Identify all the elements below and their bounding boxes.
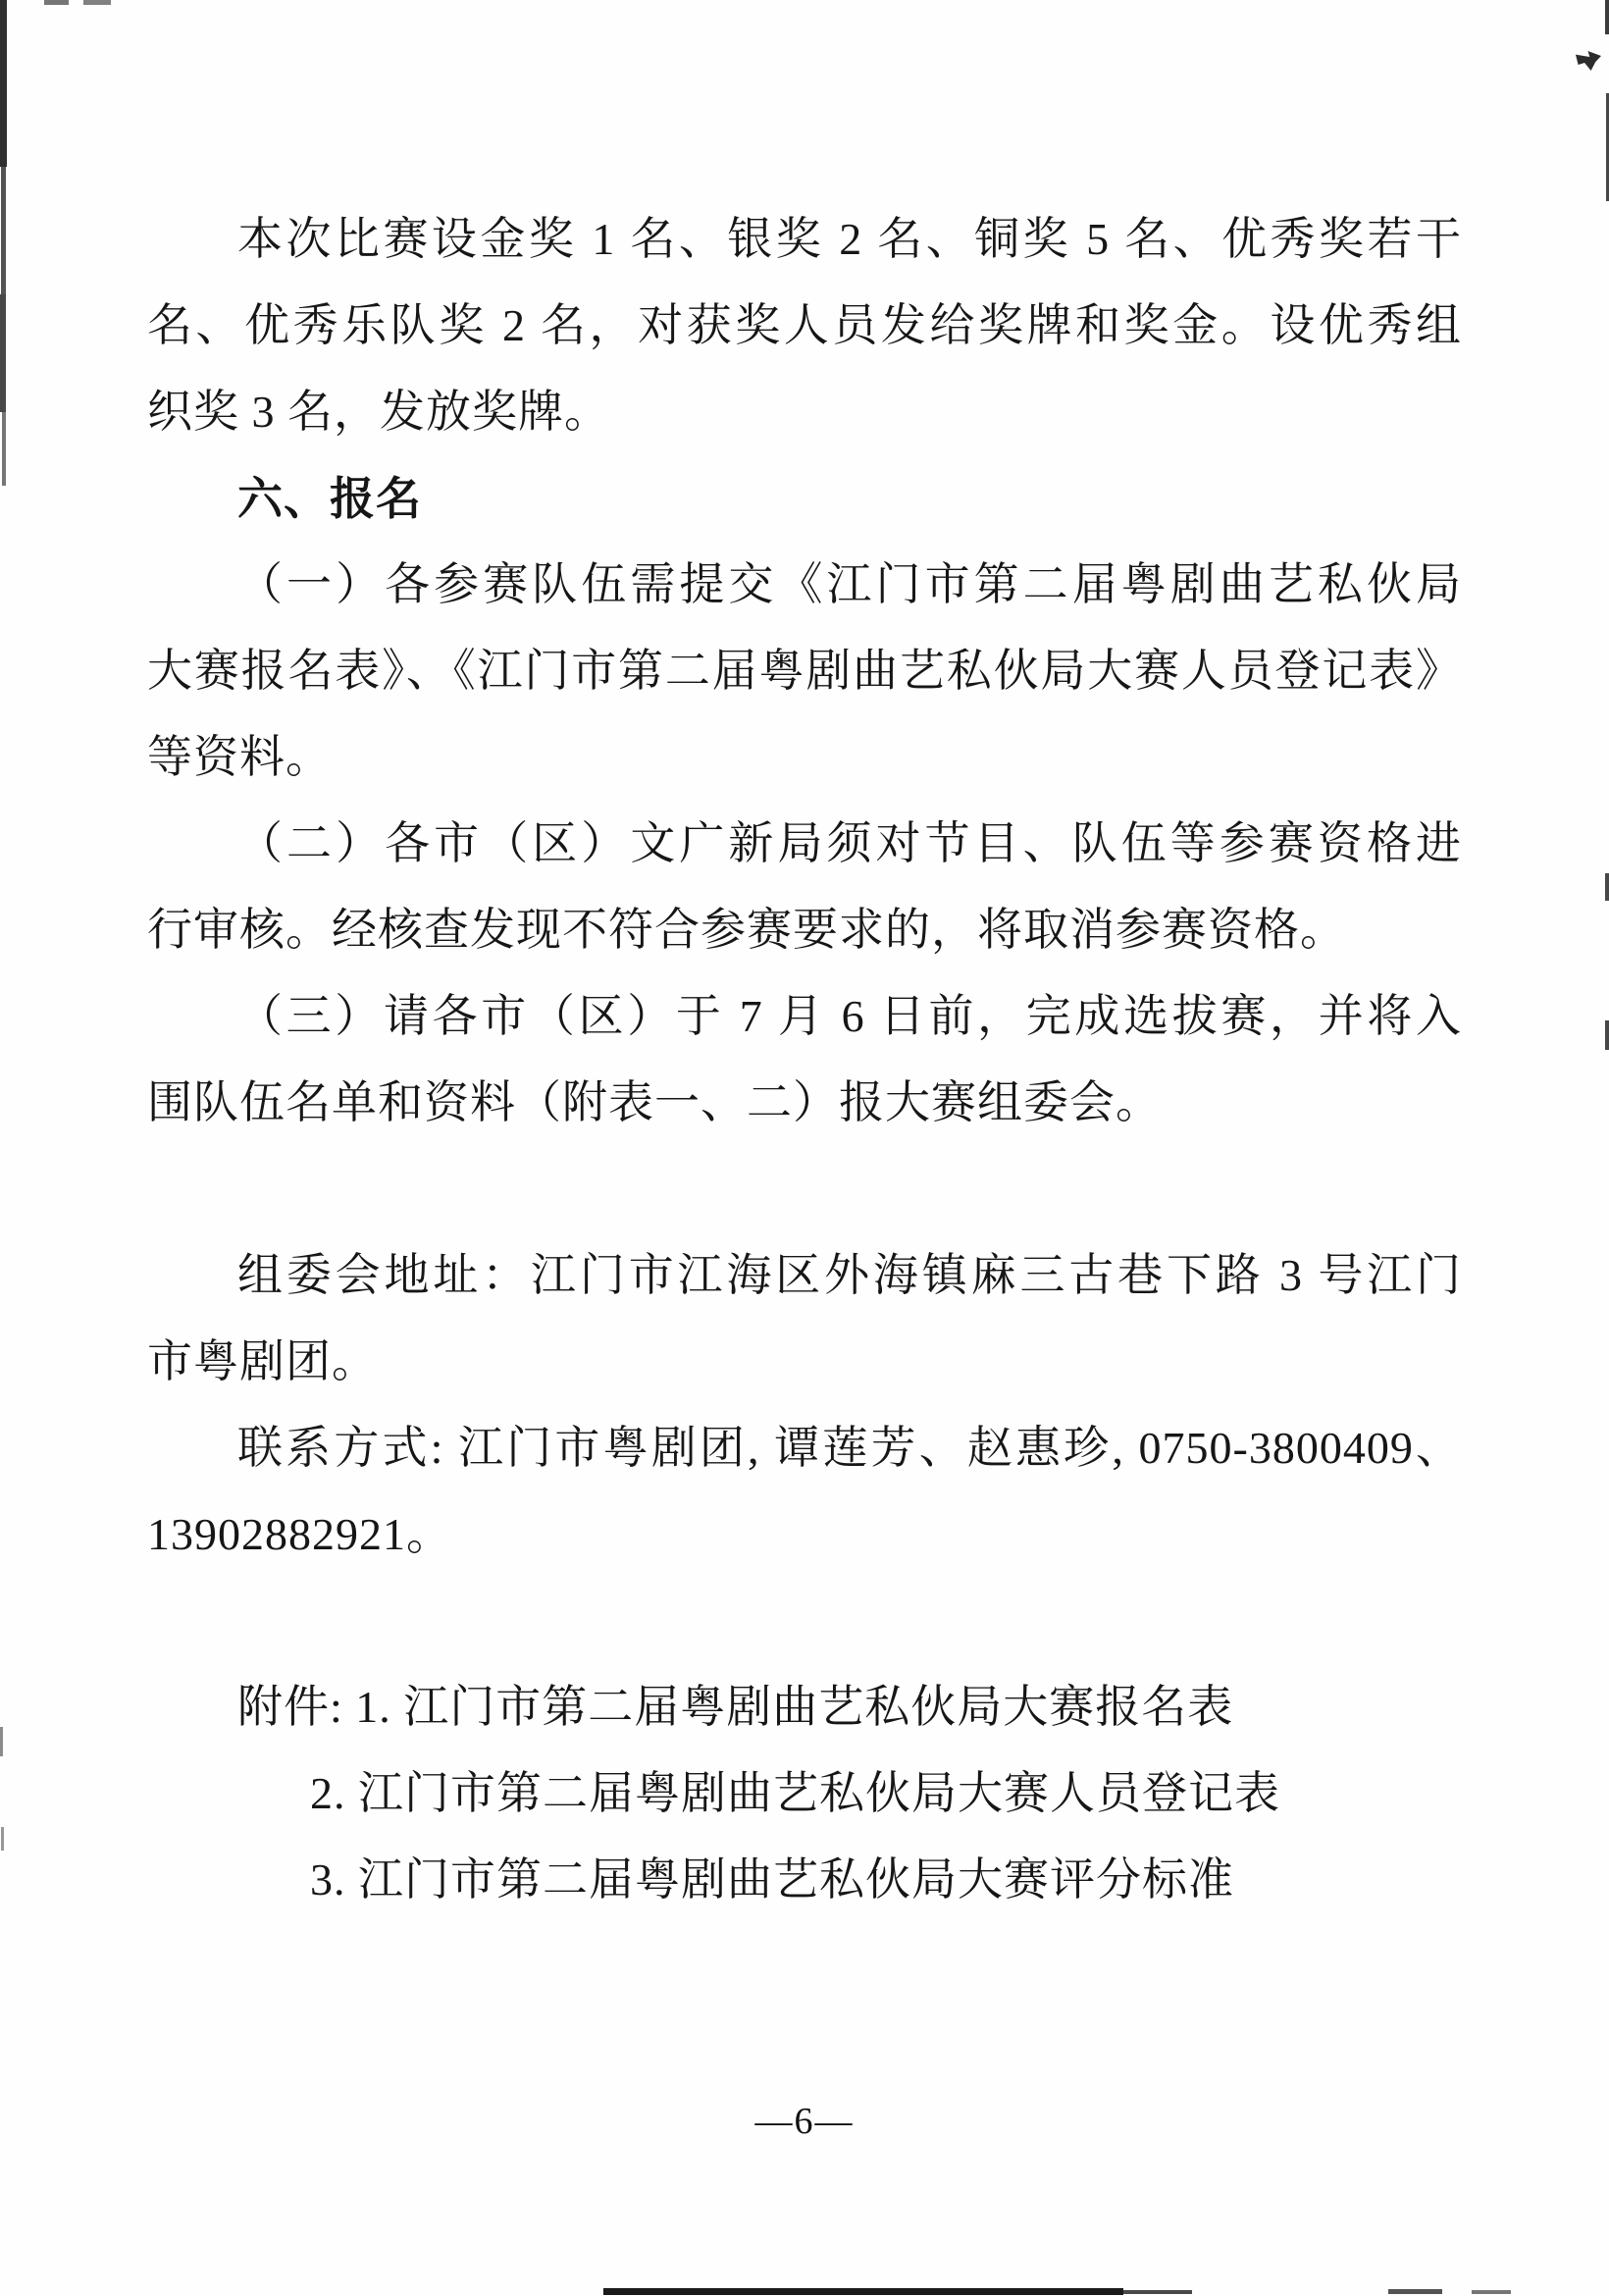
body-line: 围队伍名单和资料（附表一、二）报大赛组委会。 [147, 1060, 1462, 1146]
attachment-item: 附件: 1. 江门市第二届粤剧曲艺私伙局大赛报名表 [147, 1664, 1462, 1750]
body-line: 行审核。经核查发现不符合参赛要求的，将取消参赛资格。 [147, 887, 1462, 973]
scan-artifact-left-edge [0, 294, 6, 412]
scan-artifact-right-edge [1605, 0, 1609, 34]
body-line: （二）各市（区）文广新局须对节目、队伍等参赛资格进 [147, 801, 1462, 887]
body-line: 组委会地址：江门市江海区外海镇麻三古巷下路 3 号江门 [147, 1232, 1462, 1319]
paragraph-registration-2: （二）各市（区）文广新局须对节目、队伍等参赛资格进 行审核。经核查发现不符合参赛… [147, 801, 1462, 973]
scan-artifact-left-edge [1, 167, 6, 294]
scan-artifact-bottom-edge [603, 2288, 1123, 2295]
paragraph-address: 组委会地址：江门市江海区外海镇麻三古巷下路 3 号江门 市粤剧团。 [147, 1232, 1462, 1405]
scan-artifact-right-edge [1605, 1020, 1609, 1050]
page-number: —6— [0, 2100, 1609, 2143]
paragraph-contact: 联系方式: 江门市粤剧团, 谭莲芳、赵惠珍, 0750-3800409、 139… [147, 1405, 1462, 1578]
body-line: （三）请各市（区）于 7 月 6 日前，完成选拔赛，并将入 [147, 973, 1462, 1060]
body-line: 名、优秀乐队奖 2 名，对获奖人员发给奖牌和奖金。设优秀组 [147, 283, 1462, 369]
paragraph-registration-3: （三）请各市（区）于 7 月 6 日前，完成选拔赛，并将入 围队伍名单和资料（附… [147, 973, 1462, 1146]
body-line: 等资料。 [147, 714, 1462, 801]
scan-artifact-top-edge [83, 0, 111, 5]
attachment-item: 3. 江门市第二届粤剧曲艺私伙局大赛评分标准 [147, 1837, 1462, 1923]
scan-speck [1576, 51, 1601, 71]
document-page: 本次比赛设金奖 1 名、银奖 2 名、铜奖 5 名、优秀奖若干 名、优秀乐队奖 … [0, 0, 1609, 2296]
body-line: （一）各参赛队伍需提交《江门市第二届粤剧曲艺私伙局 [147, 542, 1462, 628]
paragraph-awards: 本次比赛设金奖 1 名、银奖 2 名、铜奖 5 名、优秀奖若干 名、优秀乐队奖 … [147, 196, 1462, 455]
body-line: 本次比赛设金奖 1 名、银奖 2 名、铜奖 5 名、优秀奖若干 [147, 196, 1462, 283]
body-line: 织奖 3 名，发放奖牌。 [147, 369, 1462, 455]
scan-artifact-left-edge [0, 1727, 3, 1756]
scan-artifact-bottom-edge [1472, 2290, 1511, 2294]
attachment-item: 2. 江门市第二届粤剧曲艺私伙局大赛人员登记表 [147, 1750, 1462, 1837]
document-body: 本次比赛设金奖 1 名、银奖 2 名、铜奖 5 名、优秀奖若干 名、优秀乐队奖 … [147, 196, 1462, 1923]
scan-artifact-right-edge [1605, 873, 1609, 901]
body-line: 13902882921。 [147, 1491, 1462, 1578]
section-heading: 六、报名 [147, 455, 1462, 542]
scan-artifact-bottom-edge [1388, 2289, 1442, 2294]
scan-artifact-left-edge [1, 1827, 4, 1851]
attachments-list: 附件: 1. 江门市第二届粤剧曲艺私伙局大赛报名表 2. 江门市第二届粤剧曲艺私… [147, 1664, 1462, 1923]
scan-artifact-left-edge [2, 412, 6, 486]
body-line: 大赛报名表》、《江门市第二届粤剧曲艺私伙局大赛人员登记表》 [147, 628, 1462, 714]
scan-artifact-left-edge [0, 0, 7, 167]
scan-artifact-bottom-edge [1123, 2290, 1192, 2294]
paragraph-registration-1: （一）各参赛队伍需提交《江门市第二届粤剧曲艺私伙局 大赛报名表》、《江门市第二届… [147, 542, 1462, 801]
body-line: 市粤剧团。 [147, 1319, 1462, 1405]
body-line: 联系方式: 江门市粤剧团, 谭莲芳、赵惠珍, 0750-3800409、 [147, 1405, 1462, 1491]
scan-artifact-top-edge [44, 0, 69, 5]
